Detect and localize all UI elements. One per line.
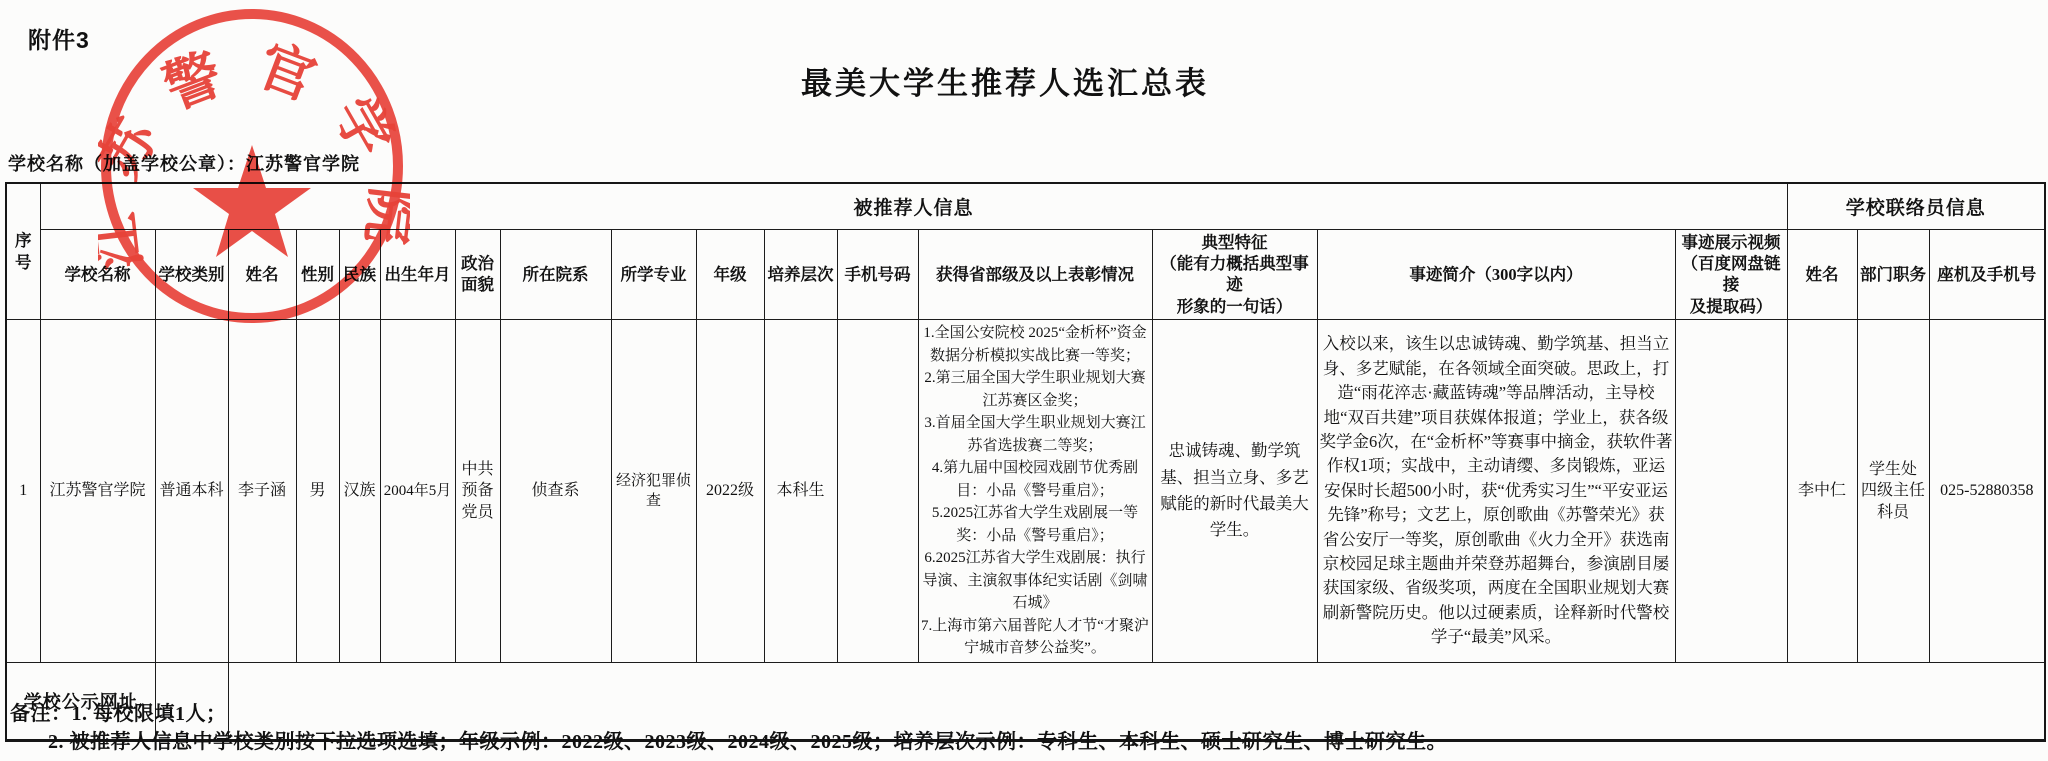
cell-grade: 2022级	[696, 320, 764, 663]
col-header-major: 所学专业	[611, 229, 696, 320]
cell-major: 经济犯罪侦查	[611, 320, 696, 663]
cell-name: 李子涵	[228, 320, 296, 663]
cell-department: 侦查系	[500, 320, 611, 663]
col-header-serial: 序号	[6, 183, 40, 320]
cell-trait: 忠诚铸魂、勤学筑基、担当立身、多艺赋能的新时代最美大学生。	[1152, 320, 1317, 663]
group-header-row: 序号 被推荐人信息 学校联络员信息	[6, 183, 2045, 229]
col-header-trait: 典型特征 （能有力概括典型事迹 形象的一句话）	[1152, 229, 1317, 320]
col-header-name: 姓名	[228, 229, 296, 320]
cell-mobile	[837, 320, 918, 663]
cell-school-type: 普通本科	[155, 320, 228, 663]
cell-ethnicity: 汉族	[339, 320, 380, 663]
cell-serial: 1	[6, 320, 40, 663]
col-header-level: 培养层次	[764, 229, 837, 320]
col-header-contact-phone: 座机及手机号	[1929, 229, 2045, 320]
cell-birth: 2004年5月	[380, 320, 455, 663]
cell-contact-title: 学生处 四级主任 科员	[1857, 320, 1929, 663]
col-header-school-type: 学校类别	[155, 229, 228, 320]
summary-table: 序号 被推荐人信息 学校联络员信息 学校名称 学校类别 姓名 性别 民族 出生年…	[5, 182, 2046, 742]
col-header-birth: 出生年月	[380, 229, 455, 320]
col-header-department: 所在院系	[500, 229, 611, 320]
cell-contact-name: 李中仁	[1787, 320, 1857, 663]
cell-contact-phone: 025-52880358	[1929, 320, 2045, 663]
remark-line-1: 备注：1. 每校限填1人；	[10, 700, 1447, 728]
col-header-awards: 获得省部级及以上表彰情况	[918, 229, 1152, 320]
cell-awards: 1.全国公安院校 2025“金析杯”资金数据分析模拟实战比赛一等奖； 2.第三届…	[918, 320, 1152, 663]
col-header-gender: 性别	[296, 229, 339, 320]
col-header-ethnicity: 民族	[339, 229, 380, 320]
col-header-contact-title: 部门职务	[1857, 229, 1929, 320]
column-header-row: 学校名称 学校类别 姓名 性别 民族 出生年月 政治 面貌 所在院系 所学专业 …	[6, 229, 2045, 320]
table-row: 1 江苏警官学院 普通本科 李子涵 男 汉族 2004年5月 中共预备党员 侦查…	[6, 320, 2045, 663]
col-header-political: 政治 面貌	[455, 229, 500, 320]
scanned-form-page: 附件3 最美大学生推荐人选汇总表 学校名称（加盖学校公章）：江苏警官学院 江苏警…	[0, 0, 2048, 761]
cell-deeds: 入校以来，该生以忠诚铸魂、勤学筑基、担当立身、多艺赋能，在各领域全面突破。思政上…	[1317, 320, 1675, 663]
col-header-grade: 年级	[696, 229, 764, 320]
col-header-mobile: 手机号码	[837, 229, 918, 320]
col-header-video: 事迹展示视频 （百度网盘链接 及提取码）	[1675, 229, 1787, 320]
cell-gender: 男	[296, 320, 339, 663]
cell-level: 本科生	[764, 320, 837, 663]
remarks-block: 备注：1. 每校限填1人； 2. 被推荐人信息中学校类别按下拉选项选填；年级示例…	[10, 700, 1447, 756]
school-name-line: 学校名称（加盖学校公章）：江苏警官学院	[8, 150, 360, 176]
cell-video	[1675, 320, 1787, 663]
col-header-deeds: 事迹简介（300字以内）	[1317, 229, 1675, 320]
group-header-recommendee: 被推荐人信息	[40, 183, 1787, 229]
col-header-school-name: 学校名称	[40, 229, 155, 320]
page-title: 最美大学生推荐人选汇总表	[0, 58, 2010, 103]
group-header-contact: 学校联络员信息	[1787, 183, 2045, 229]
remark-line-2: 2. 被推荐人信息中学校类别按下拉选项选填；年级示例：2022级、2023级、2…	[48, 728, 1447, 756]
attachment-label: 附件3	[28, 22, 90, 55]
cell-political: 中共预备党员	[455, 320, 500, 663]
col-header-contact-name: 姓名	[1787, 229, 1857, 320]
cell-school-name: 江苏警官学院	[40, 320, 155, 663]
